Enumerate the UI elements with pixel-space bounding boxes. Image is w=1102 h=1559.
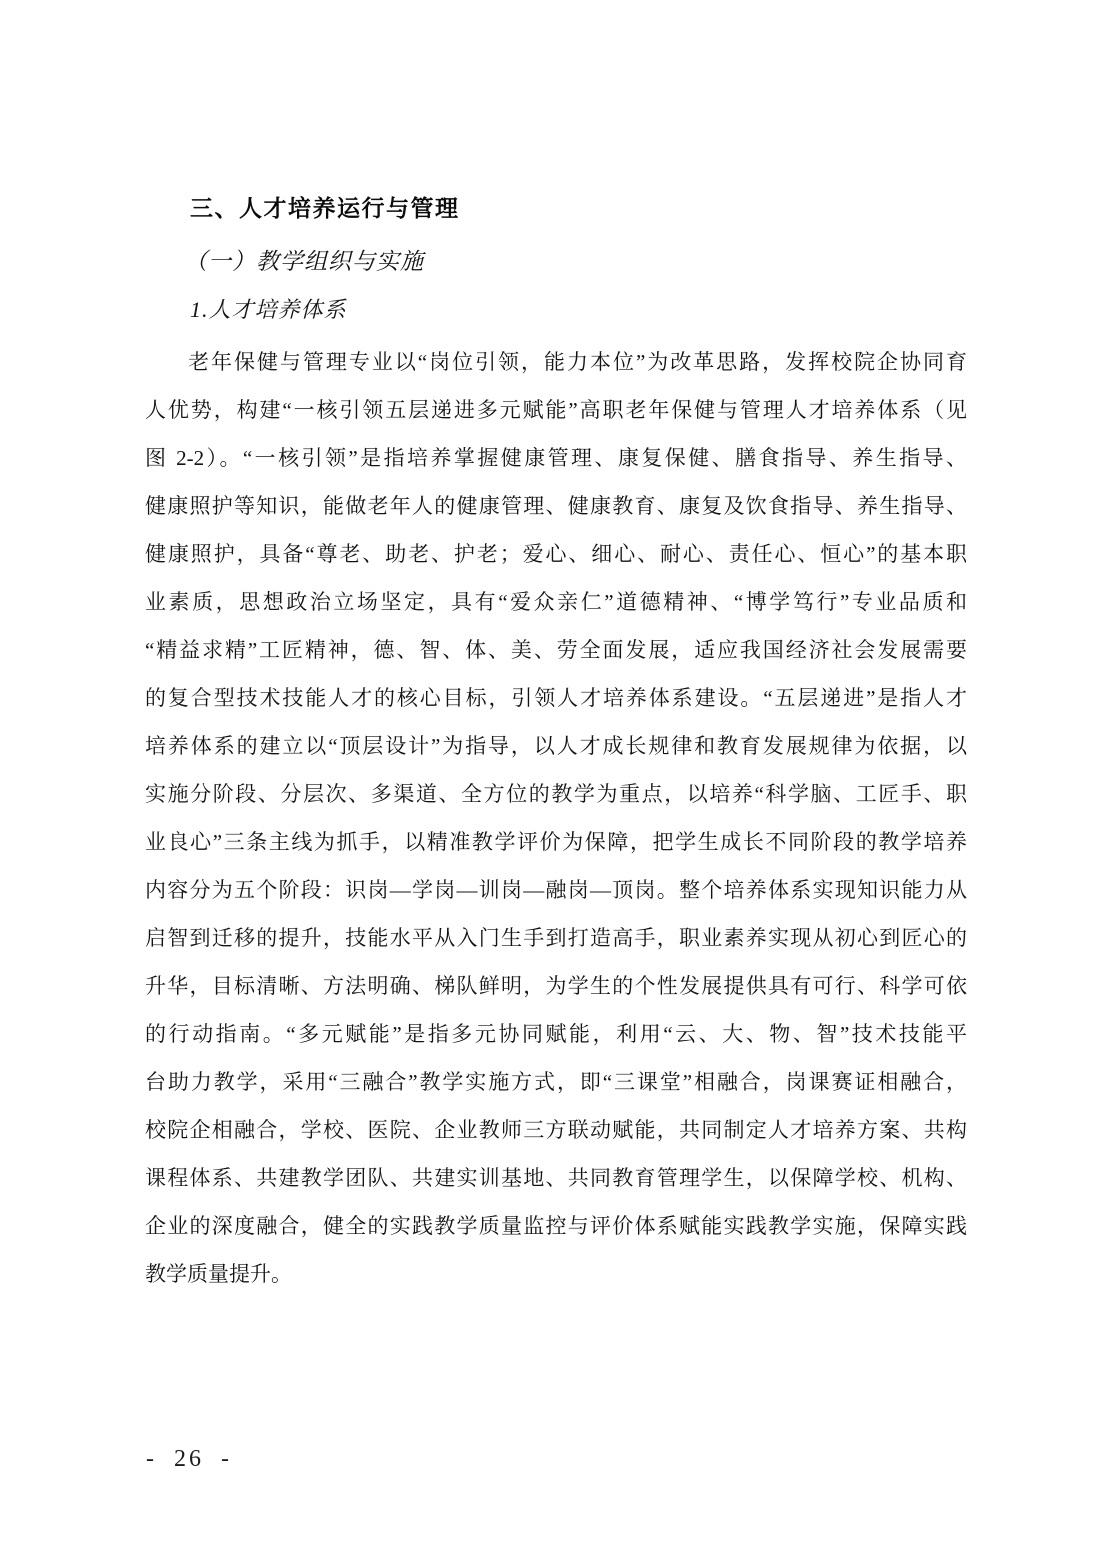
- item-heading: 1.人才培养体系: [190, 293, 347, 324]
- paragraph-line: 教学质量提升。: [145, 1250, 967, 1298]
- paragraph-line: “精益求精”工匠精神，德、智、体、美、劳全面发展，适应我国经济社会发展需要: [145, 626, 967, 674]
- paragraph-line: 校院企相融合，学校、医院、企业教师三方联动赋能，共同制定人才培养方案、共构: [145, 1106, 967, 1154]
- page-number: - 26 -: [146, 1446, 232, 1473]
- paragraph-line: 启智到迁移的提升，技能水平从入门生手到打造高手，职业素养实现从初心到匠心的: [145, 914, 967, 962]
- paragraph-line: 培养体系的建立以“顶层设计”为指导，以人才成长规律和教育发展规律为依据，以: [145, 722, 967, 770]
- paragraph-line: 健康照护，具备“尊老、助老、护老；爱心、细心、耐心、责任心、恒心”的基本职: [145, 530, 967, 578]
- paragraph-line: 内容分为五个阶段：识岗—学岗—训岗—融岗—顶岗。整个培养体系实现知识能力从: [145, 866, 967, 914]
- paragraph-line: 课程体系、共建教学团队、共建实训基地、共同教育管理学生，以保障学校、机构、: [145, 1154, 967, 1202]
- paragraph-line: 业素质，思想政治立场坚定，具有“爱众亲仁”道德精神、“博学笃行”专业品质和: [145, 578, 967, 626]
- paragraph-line: 的复合型技术技能人才的核心目标，引领人才培养体系建设。“五层递进”是指人才: [145, 674, 967, 722]
- paragraph-line: 实施分阶段、分层次、多渠道、全方位的教学为重点，以培养“科学脑、工匠手、职: [145, 770, 967, 818]
- section-heading: 三、人才培养运行与管理: [190, 190, 460, 223]
- paragraph-line: 图 2-2）。“一核引领”是指培养掌握健康管理、康复保健、膳食指导、养生指导、: [145, 434, 967, 482]
- subsection-heading: （一）教学组织与实施: [184, 243, 424, 276]
- paragraph-line: 健康照护等知识，能做老年人的健康管理、健康教育、康复及饮食指导、养生指导、: [145, 482, 967, 530]
- paragraph-line: 台助力教学，采用“三融合”教学实施方式，即“三课堂”相融合，岗课赛证相融合，: [145, 1058, 967, 1106]
- paragraph-line: 企业的深度融合，健全的实践教学质量监控与评价体系赋能实践教学实施，保障实践: [145, 1202, 967, 1250]
- paragraph-line: 的行动指南。“多元赋能”是指多元协同赋能，利用“云、大、物、智”技术技能平: [145, 1010, 967, 1058]
- paragraph-line: 人优势，构建“一核引领五层递进多元赋能”高职老年保健与管理人才培养体系（见: [145, 386, 967, 434]
- document-page: 三、人才培养运行与管理 （一）教学组织与实施 1.人才培养体系 老年保健与管理专…: [0, 0, 1102, 1559]
- paragraph-line: 升华，目标清晰、方法明确、梯队鲜明，为学生的个性发展提供具有可行、科学可依: [145, 962, 967, 1010]
- paragraph-line: 老年保健与管理专业以“岗位引领，能力本位”为改革思路，发挥校院企协同育: [145, 338, 967, 386]
- paragraph-line: 业良心”三条主线为抓手，以精准教学评价为保障，把学生成长不同阶段的教学培养: [145, 818, 967, 866]
- body-paragraph: 老年保健与管理专业以“岗位引领，能力本位”为改革思路，发挥校院企协同育 人优势，…: [145, 338, 967, 1298]
